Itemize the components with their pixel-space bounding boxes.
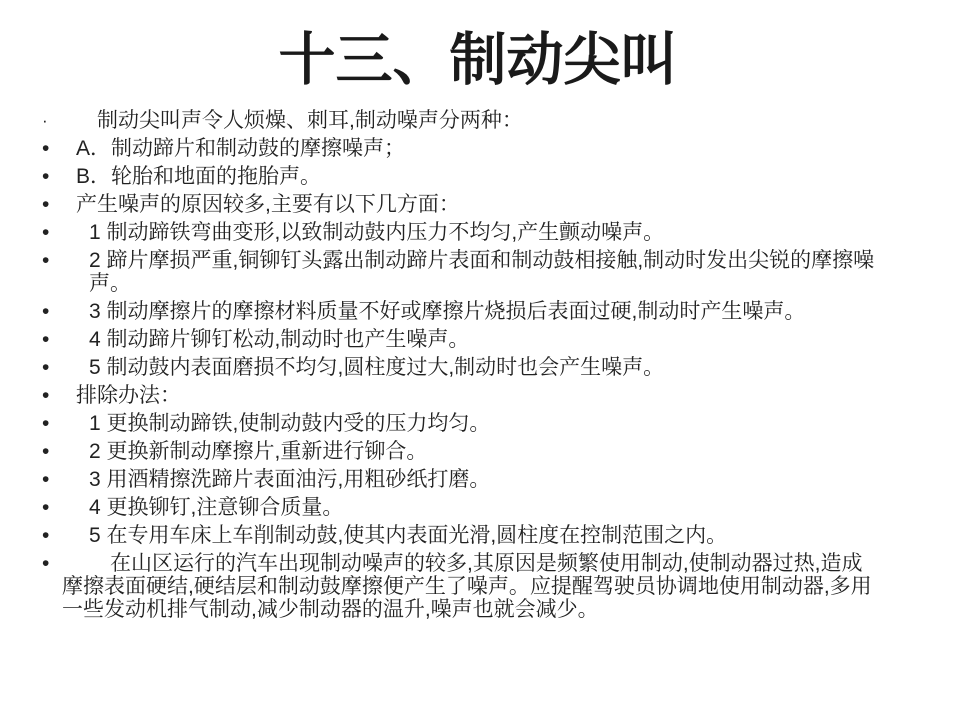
presentation-slide: 十三、制动尖叫 · 制动尖叫声令人烦燥、刺耳,制动噪声分两种： • A．制动蹄片… (0, 0, 956, 717)
bullet-item: • 1 制动蹄铁弯曲变形,以致制动鼓内压力不均匀,产生颤动噪声。 (42, 221, 881, 244)
bullet-item: • 产生噪声的原因较多,主要有以下几方面： (42, 193, 881, 216)
bullet-text: 4 制动蹄片铆钉松动,制动时也产生噪声。 (76, 328, 881, 351)
bullet-dot-icon: • (42, 384, 76, 407)
bullet-item: • 3 用酒精擦洗蹄片表面油污,用粗砂纸打磨。 (42, 468, 881, 491)
bullet-text: 5 在专用车床上车削制动鼓,使其内表面光滑,圆柱度在控制范围之内。 (76, 524, 881, 547)
bullet-text: 1 更换制动蹄铁,使制动鼓内受的压力均匀。 (76, 412, 881, 435)
bullet-item: • 5 制动鼓内表面磨损不均匀,圆柱度过大,制动时也会产生噪声。 (42, 356, 881, 379)
bullet-text: 产生噪声的原因较多,主要有以下几方面： (76, 193, 881, 216)
bullet-dot-icon: • (42, 249, 76, 272)
bullet-item: • 3 制动摩擦片的摩擦材料质量不好或摩擦片烧损后表面过硬,制动时产生噪声。 (42, 300, 881, 323)
bullet-text: A．制动蹄片和制动鼓的摩擦噪声； (76, 137, 881, 160)
bullet-item: • 2 更换新制动摩擦片,重新进行铆合。 (42, 440, 881, 463)
bullet-text: 2 蹄片摩损严重,铜铆钉头露出制动蹄片表面和制动鼓相接触,制动时发出尖锐的摩擦噪… (76, 249, 881, 295)
bullet-dot-icon: • (42, 552, 62, 575)
bullet-item: • 4 制动蹄片铆钉松动,制动时也产生噪声。 (42, 328, 881, 351)
bullet-dot-icon: • (42, 496, 76, 519)
bullet-item: • 2 蹄片摩损严重,铜铆钉头露出制动蹄片表面和制动鼓相接触,制动时发出尖锐的摩… (42, 249, 881, 295)
bullet-text: 1 制动蹄铁弯曲变形,以致制动鼓内压力不均匀,产生颤动噪声。 (76, 221, 881, 244)
bullet-dot-icon: • (42, 412, 76, 435)
bullet-item: • 在山区运行的汽车出现制动噪声的较多,其原因是频繁使用制动,使制动器过热,造成… (42, 552, 881, 621)
page-title: 十三、制动尖叫 (0, 30, 956, 92)
bullet-dot-icon: • (42, 356, 76, 379)
bullet-dot-icon: • (42, 300, 76, 323)
bullet-item: • 5 在专用车床上车削制动鼓,使其内表面光滑,圆柱度在控制范围之内。 (42, 524, 881, 547)
bullet-item: • 4 更换铆钉,注意铆合质量。 (42, 496, 881, 519)
bullet-text: 在山区运行的汽车出现制动噪声的较多,其原因是频繁使用制动,使制动器过热,造成摩擦… (62, 552, 880, 621)
bullet-dot-icon: • (42, 137, 76, 160)
bullet-text: B．轮胎和地面的拖胎声。 (76, 165, 881, 188)
bullet-text: 3 制动摩擦片的摩擦材料质量不好或摩擦片烧损后表面过硬,制动时产生噪声。 (76, 300, 881, 323)
bullet-dot-icon: · (42, 109, 76, 132)
bullet-dot-icon: • (42, 193, 76, 216)
bullet-text: 4 更换铆钉,注意铆合质量。 (76, 496, 881, 519)
bullet-text: 3 用酒精擦洗蹄片表面油污,用粗砂纸打磨。 (76, 468, 881, 491)
bullet-dot-icon: • (42, 440, 76, 463)
bullet-dot-icon: • (42, 524, 76, 547)
bullet-text: 2 更换新制动摩擦片,重新进行铆合。 (76, 440, 881, 463)
bullet-dot-icon: • (42, 221, 76, 244)
bullet-item: • 1 更换制动蹄铁,使制动鼓内受的压力均匀。 (42, 412, 881, 435)
bullet-text: 5 制动鼓内表面磨损不均匀,圆柱度过大,制动时也会产生噪声。 (76, 356, 881, 379)
bullet-text: 排除办法： (76, 384, 881, 407)
bullet-item: • A．制动蹄片和制动鼓的摩擦噪声； (42, 137, 881, 160)
bullet-item: · 制动尖叫声令人烦燥、刺耳,制动噪声分两种： (42, 109, 881, 132)
bullet-list: · 制动尖叫声令人烦燥、刺耳,制动噪声分两种： • A．制动蹄片和制动鼓的摩擦噪… (42, 109, 881, 626)
bullet-item: • B．轮胎和地面的拖胎声。 (42, 165, 881, 188)
bullet-dot-icon: • (42, 165, 76, 188)
bullet-dot-icon: • (42, 328, 76, 351)
bullet-text: 制动尖叫声令人烦燥、刺耳,制动噪声分两种： (76, 109, 881, 132)
bullet-item: • 排除办法： (42, 384, 881, 407)
bullet-dot-icon: • (42, 468, 76, 491)
